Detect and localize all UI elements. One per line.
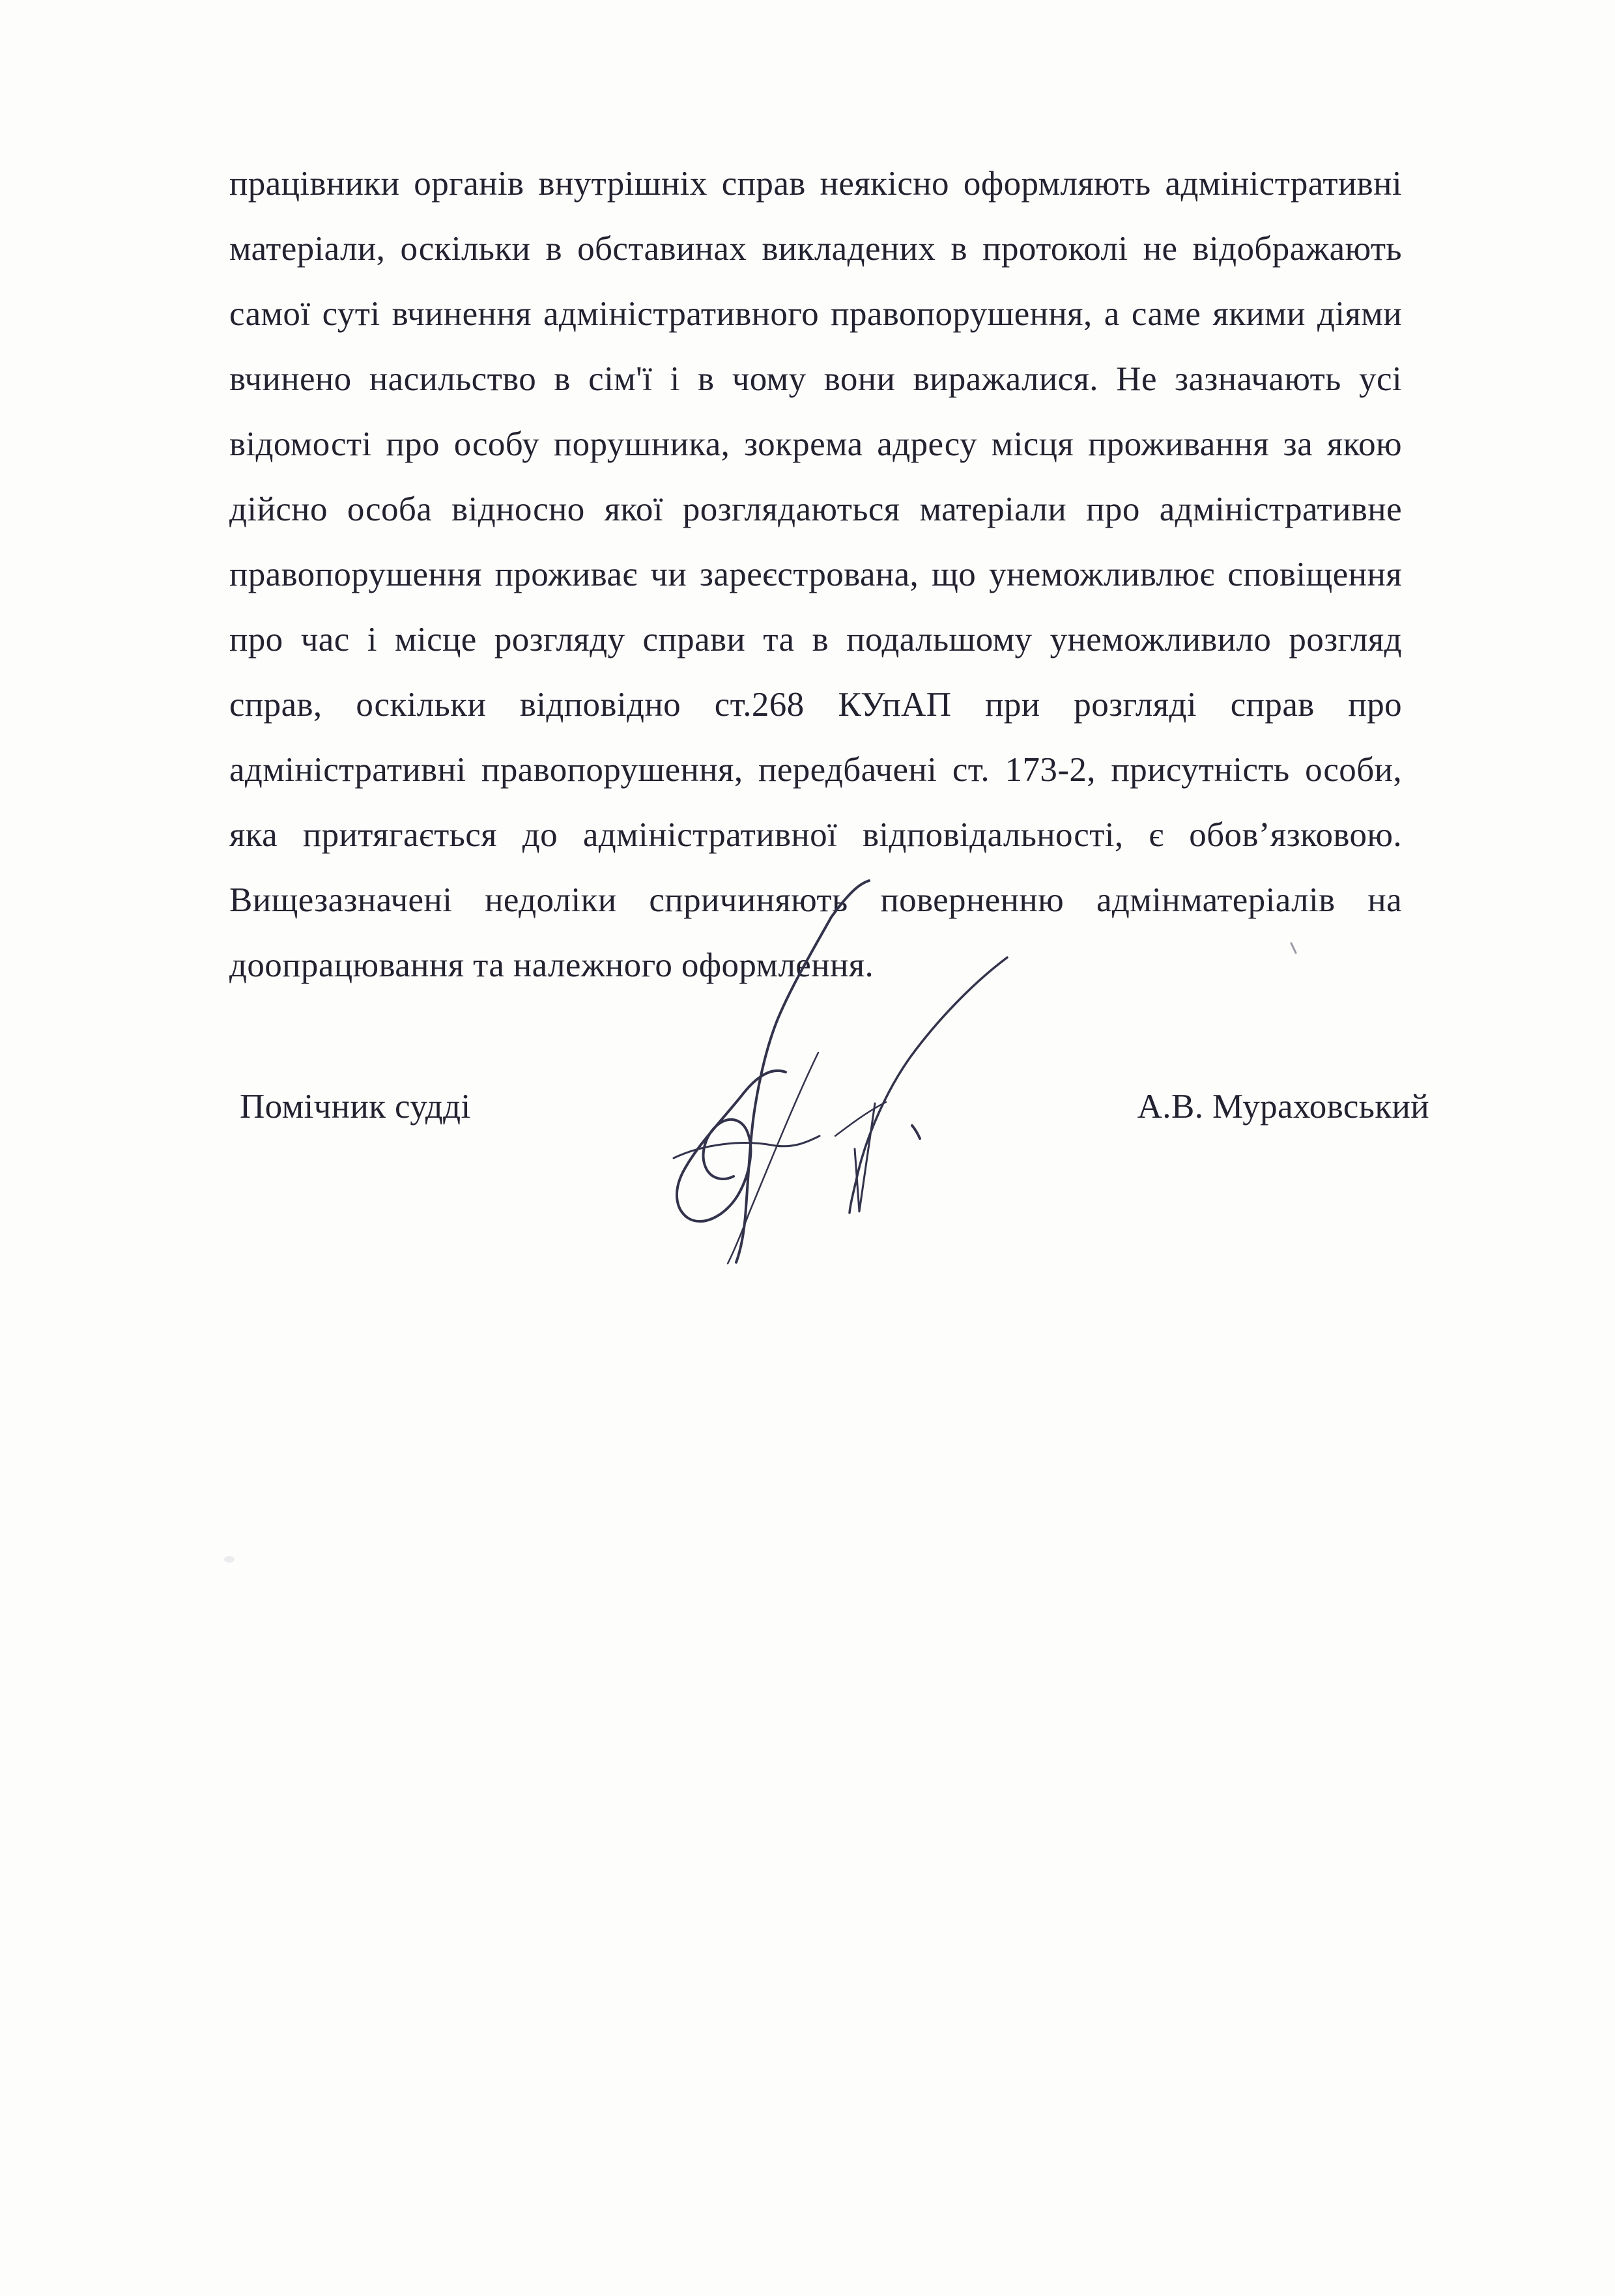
signature-flourish [674,1136,820,1158]
paragraph-line: дійсно особа відносно якої розглядаються… [229,477,1402,542]
paragraph-line: працівники органів внутрішніх справ неяк… [229,151,1402,216]
paragraph-line: про час і місце розгляду справи та в под… [229,607,1402,672]
paragraph-line: самої суті вчинення адміністративного пр… [229,281,1402,347]
paragraph-line: адміністративні правопорушення, передбач… [229,737,1402,802]
paragraph-line: яка притягається до адміністративної від… [229,802,1402,868]
signature-name: А.В. Мураховський [1137,1075,1429,1139]
scanned-document-page: працівники органів внутрішніх справ неяк… [0,0,1615,2296]
scan-speck [224,1556,235,1563]
paragraph-line: правопорушення проживає чи зареєстрована… [229,542,1402,607]
signature-role-label: Помічник судді [240,1075,471,1139]
paragraph-line: Вищезазначені недоліки спричиняють повер… [229,868,1402,933]
paragraph-line: доопрацювання та належного оформлення. [229,933,1402,998]
paragraph-line: відомості про особу порушника, зокрема а… [229,412,1402,477]
paragraph-line: справ, оскільки відповідно ст.268 КУпАП … [229,672,1402,737]
paragraph: працівники органів внутрішніх справ неяк… [229,151,1402,998]
signature-row: Помічник судді А.В. Мураховський [240,1075,1429,1139]
paragraph-line: матеріали, оскільки в обставинах викладе… [229,216,1402,281]
paragraph-line: вчинено насильство в сім'ї і в чому вони… [229,347,1402,412]
